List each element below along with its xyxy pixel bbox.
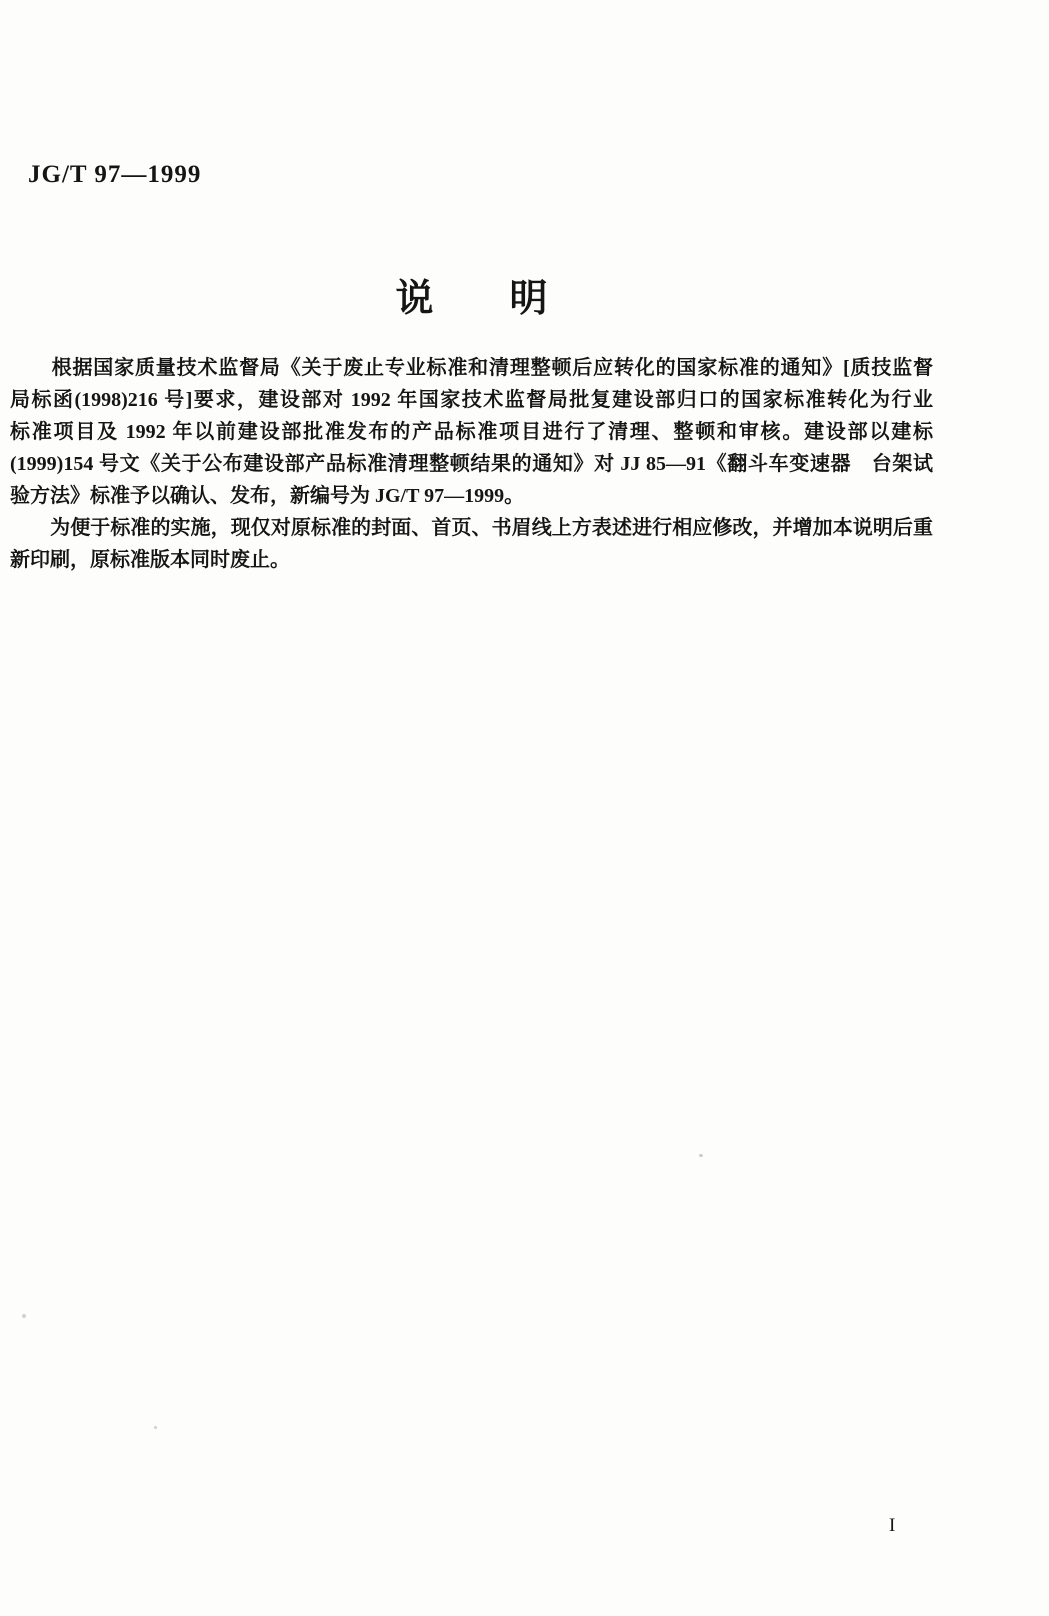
document-title: 说 明 [10,278,933,320]
page-number: I [889,1515,895,1537]
scanned-document-page: JG/T 97—1999 说 明 根据国家质量技术监督局《关于废止专业标准和清理… [0,0,1049,1616]
body-text-line: 为便于标准的实施，现仅对原标准的封面、首页、书眉线上方表述进行相应修改，并增加本… [10,512,933,544]
body-text-line: (1999)154 号文《关于公布建设部产品标准清理整顿结果的通知》对 JJ 8… [10,448,933,480]
paragraph-1: 根据国家质量技术监督局《关于废止专业标准和清理整顿后应转化的国家标准的通知》[质… [10,352,933,512]
scan-speck [22,1314,26,1318]
standard-code-header: JG/T 97—1999 [28,161,201,189]
scan-speck [154,1426,157,1429]
body-text-line: 根据国家质量技术监督局《关于废止专业标准和清理整顿后应转化的国家标准的通知》[质… [10,352,933,384]
body-text-line: 验方法》标准予以确认、发布，新编号为 JG/T 97—1999。 [10,480,933,512]
body-text-line: 局标函(1998)216 号]要求，建设部对 1992 年国家技术监督局批复建设… [10,384,933,416]
paragraph-2: 为便于标准的实施，现仅对原标准的封面、首页、书眉线上方表述进行相应修改，并增加本… [10,512,933,576]
body-text-line: 新印刷，原标准版本同时废止。 [10,544,933,576]
body-text-line: 标准项目及 1992 年以前建设部批准发布的产品标准项目进行了清理、整顿和审核。… [10,416,933,448]
document-body: 根据国家质量技术监督局《关于废止专业标准和清理整顿后应转化的国家标准的通知》[质… [10,352,933,576]
scan-speck [699,1154,703,1157]
